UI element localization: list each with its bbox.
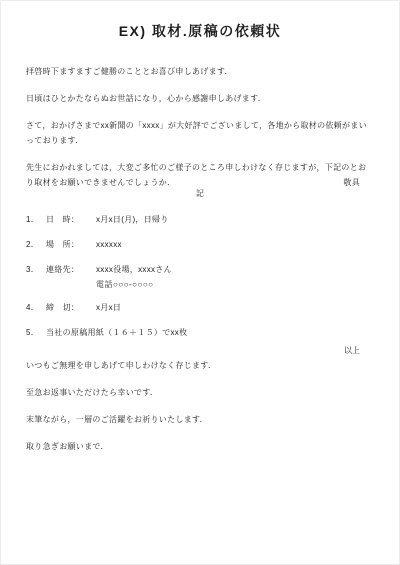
item-text: 当社の原稿用紙（１６＋１５）でxx枚 bbox=[46, 325, 374, 340]
list-item-contact: 3． 連絡先： xxxx役場，xxxxさん bbox=[26, 262, 374, 277]
item-number: 3． bbox=[26, 262, 46, 277]
item-number: 1． bbox=[26, 212, 46, 227]
item-value: xxxxxx bbox=[96, 237, 374, 252]
request-paragraph: 先生におかれましては，大変ご多忙のご様子のところ申しわけなく存じますが，下記のと… bbox=[26, 160, 374, 190]
keigu-sign-off: 敬具 bbox=[343, 175, 360, 190]
list-item-manuscript: 5． 当社の原稿用紙（１６＋１５）でxx枚 bbox=[26, 325, 374, 340]
greeting-paragraph: 拝啓時下ますますご健勝のこととお喜び申しあげます． bbox=[26, 64, 374, 79]
item-value: x月x日 bbox=[96, 300, 374, 315]
document-title: EX) 取材.原稿の依頼状 bbox=[26, 23, 374, 40]
item-label: 連絡先： bbox=[46, 262, 96, 277]
list-item-deadline: 4． 締 切： x月x日 bbox=[26, 300, 374, 315]
item-number: 5． bbox=[26, 325, 46, 340]
closing-paragraph-1: いつもご無理を申しあげて申しわけなく存じます． bbox=[26, 358, 374, 373]
contact-phone-line: 電話○○○-○○○○ bbox=[26, 277, 374, 292]
list-item-datetime: 1． 日 時： x月x日(月)，日帰り bbox=[26, 212, 374, 227]
document-page: EX) 取材.原稿の依頼状 拝啓時下ますますご健勝のこととお喜び申しあげます． … bbox=[0, 0, 400, 565]
item-value: xxxx役場，xxxxさん bbox=[96, 262, 374, 277]
background-paragraph: さて，おかげさまでxx新聞の「xxxx」が大好評でございまして，各地から取材の依… bbox=[26, 118, 374, 148]
ijou-end-marker: 以上 bbox=[26, 344, 374, 358]
list-item-contact-group: 3． 連絡先： xxxx役場，xxxxさん 電話○○○-○○○○ bbox=[26, 262, 374, 292]
closing-paragraph-3: 末筆ながら，一層のご活躍をお祈りいたします． bbox=[26, 412, 374, 427]
item-number: 4． bbox=[26, 300, 46, 315]
item-label: 締 切： bbox=[46, 300, 96, 315]
thanks-paragraph: 日頃はひとかたならぬお世話になり，心から感謝申しあげます． bbox=[26, 91, 374, 106]
request-text: 先生におかれましては，大変ご多忙のご様子のところ申しわけなく存じますが，下記のと… bbox=[26, 163, 366, 187]
item-number: 2． bbox=[26, 237, 46, 252]
item-label: 日 時： bbox=[46, 212, 96, 227]
list-item-place: 2． 場 所： xxxxxx bbox=[26, 237, 374, 252]
closing-paragraph-2: 至急お返事いただけたら幸いです． bbox=[26, 385, 374, 400]
item-label: 場 所： bbox=[46, 237, 96, 252]
item-value: x月x日(月)，日帰り bbox=[96, 212, 374, 227]
closing-paragraph-4: 取り急ぎお願いまで． bbox=[26, 439, 374, 454]
